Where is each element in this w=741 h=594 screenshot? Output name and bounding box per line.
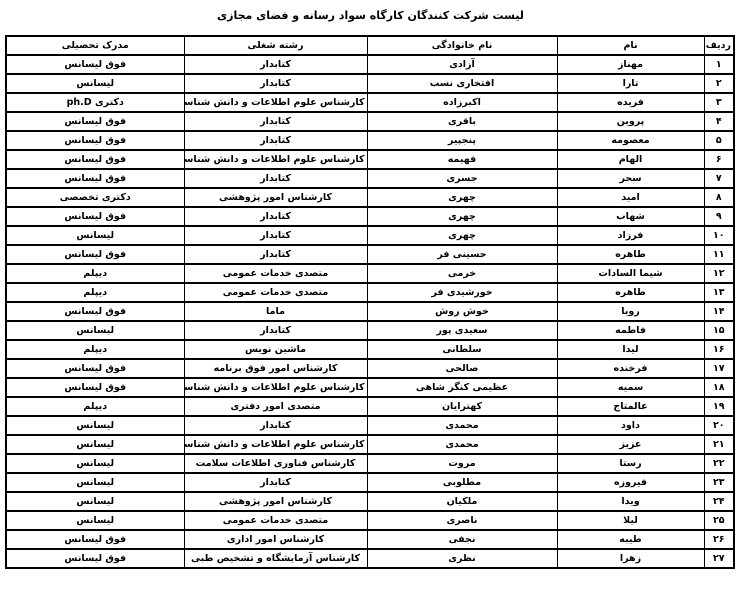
first-name-cell: عزیز — [557, 435, 704, 454]
header-job: رشته شغلی — [184, 36, 367, 55]
degree-cell: فوق لیسانس — [6, 359, 184, 378]
job-cell: کتابدار — [184, 131, 367, 150]
job-cell: کارشناس علوم اطلاعات و دانش شناسی — [184, 150, 367, 169]
first-name-cell: امید — [557, 188, 704, 207]
table-row: ۱۶لیداسلطانیماشین نویسدیپلم — [6, 340, 734, 359]
table-row: ۲۲رستامروتکارشناس فناوری اطلاعات سلامتلی… — [6, 454, 734, 473]
row-number-cell: ۵ — [704, 131, 734, 150]
first-name-cell: لیلا — [557, 511, 704, 530]
row-number-cell: ۲۶ — [704, 530, 734, 549]
last-name-cell: خرمی — [367, 264, 557, 283]
job-cell: کتابدار — [184, 226, 367, 245]
row-number-cell: ۴ — [704, 112, 734, 131]
last-name-cell: جسری — [367, 169, 557, 188]
first-name-cell: لیدا — [557, 340, 704, 359]
last-name-cell: چهری — [367, 226, 557, 245]
job-cell: کتابدار — [184, 74, 367, 93]
table-body: ۱مهنازآزادیکتابدارفوق لیسانس۲تاراافتخاری… — [6, 55, 734, 568]
job-cell: کارشناس امور فوق برنامه — [184, 359, 367, 378]
degree-cell: دیپلم — [6, 283, 184, 302]
first-name-cell: زهرا — [557, 549, 704, 568]
job-cell: کتابدار — [184, 169, 367, 188]
last-name-cell: ناصری — [367, 511, 557, 530]
table-row: ۷سحرجسریکتابدارفوق لیسانس — [6, 169, 734, 188]
row-number-cell: ۲۱ — [704, 435, 734, 454]
degree-cell: لیسانس — [6, 416, 184, 435]
last-name-cell: کهترایان — [367, 397, 557, 416]
table-row: ۲۴ویداملکیانکارشناس امور پژوهشیلیسانس — [6, 492, 734, 511]
row-number-cell: ۱۵ — [704, 321, 734, 340]
job-cell: کارشناس آزمایشگاه و تشخیص طبی — [184, 549, 367, 568]
row-number-cell: ۶ — [704, 150, 734, 169]
last-name-cell: افتخاری نسب — [367, 74, 557, 93]
degree-cell: لیسانس — [6, 454, 184, 473]
degree-cell: فوق لیسانس — [6, 112, 184, 131]
row-number-cell: ۱۸ — [704, 378, 734, 397]
job-cell: ماما — [184, 302, 367, 321]
degree-cell: فوق لیسانس — [6, 378, 184, 397]
row-number-cell: ۳ — [704, 93, 734, 112]
row-number-cell: ۲۰ — [704, 416, 734, 435]
table-row: ۱۱طاهرهحسینی فرکتابدارفوق لیسانس — [6, 245, 734, 264]
row-number-cell: ۹ — [704, 207, 734, 226]
table-row: ۱۲شیما الساداتخرمیمتصدی خدمات عمومیدیپلم — [6, 264, 734, 283]
job-cell: کارشناس امور پژوهشی — [184, 188, 367, 207]
first-name-cell: شهاب — [557, 207, 704, 226]
row-number-cell: ۱۲ — [704, 264, 734, 283]
first-name-cell: فریده — [557, 93, 704, 112]
last-name-cell: مروت — [367, 454, 557, 473]
table-row: ۱۹عالمتاجکهترایانمتصدی امور دفتریدیپلم — [6, 397, 734, 416]
first-name-cell: رویا — [557, 302, 704, 321]
last-name-cell: خورشیدی فر — [367, 283, 557, 302]
first-name-cell: الهام — [557, 150, 704, 169]
last-name-cell: فهیمه — [367, 150, 557, 169]
degree-cell: دیپلم — [6, 397, 184, 416]
last-name-cell: چهری — [367, 207, 557, 226]
first-name-cell: فرزاد — [557, 226, 704, 245]
job-cell: کارشناس علوم اطلاعات و دانش شناسی — [184, 378, 367, 397]
first-name-cell: داود — [557, 416, 704, 435]
table-row: ۱۸سمیهعظیمی کنگر شاهیکارشناس علوم اطلاعا… — [6, 378, 734, 397]
row-number-cell: ۸ — [704, 188, 734, 207]
degree-cell: فوق لیسانس — [6, 55, 184, 74]
last-name-cell: باقری — [367, 112, 557, 131]
table-row: ۸امیدچهریکارشناس امور پژوهشیدکتری تخصصی — [6, 188, 734, 207]
header-row: ردیف نام نام خانوادگی رشته شغلی مدرک تحص… — [6, 36, 734, 55]
table-row: ۱۵فاطمهسعیدی پورکتابدارلیسانس — [6, 321, 734, 340]
first-name-cell: ویدا — [557, 492, 704, 511]
job-cell: کتابدار — [184, 416, 367, 435]
degree-cell: فوق لیسانس — [6, 530, 184, 549]
degree-cell: فوق لیسانس — [6, 169, 184, 188]
table-row: ۱۷فرخندهصالحیکارشناس امور فوق برنامهفوق … — [6, 359, 734, 378]
first-name-cell: تارا — [557, 74, 704, 93]
job-cell: کارشناس علوم اطلاعات و دانش شناسی — [184, 93, 367, 112]
job-cell: متصدی امور دفتری — [184, 397, 367, 416]
last-name-cell: نظری — [367, 549, 557, 568]
table-row: ۴پروینباقریکتابدارفوق لیسانس — [6, 112, 734, 131]
row-number-cell: ۲ — [704, 74, 734, 93]
job-cell: کارشناس امور اداری — [184, 530, 367, 549]
row-number-cell: ۱۴ — [704, 302, 734, 321]
last-name-cell: آزادی — [367, 55, 557, 74]
job-cell: ماشین نویس — [184, 340, 367, 359]
first-name-cell: رستا — [557, 454, 704, 473]
row-number-cell: ۱۷ — [704, 359, 734, 378]
first-name-cell: طاهره — [557, 283, 704, 302]
degree-cell: لیسانس — [6, 74, 184, 93]
degree-cell: دکتری ph.D — [6, 93, 184, 112]
table-row: ۲۳فیروزهمطلوبیکتابدارلیسانس — [6, 473, 734, 492]
first-name-cell: مهناز — [557, 55, 704, 74]
table-row: ۱۳طاهرهخورشیدی فرمتصدی خدمات عمومیدیپلم — [6, 283, 734, 302]
job-cell: کارشناس فناوری اطلاعات سلامت — [184, 454, 367, 473]
table-row: ۱۴رویاخوش روشمامافوق لیسانس — [6, 302, 734, 321]
last-name-cell: محمدی — [367, 416, 557, 435]
first-name-cell: شیما السادات — [557, 264, 704, 283]
row-number-cell: ۲۳ — [704, 473, 734, 492]
table-row: ۱۰فرزادچهریکتابدارلیسانس — [6, 226, 734, 245]
last-name-cell: نجفی — [367, 530, 557, 549]
job-cell: کارشناس امور پژوهشی — [184, 492, 367, 511]
last-name-cell: صالحی — [367, 359, 557, 378]
job-cell: کتابدار — [184, 55, 367, 74]
first-name-cell: عالمتاج — [557, 397, 704, 416]
row-number-cell: ۱۱ — [704, 245, 734, 264]
job-cell: کتابدار — [184, 207, 367, 226]
degree-cell: فوق لیسانس — [6, 302, 184, 321]
degree-cell: لیسانس — [6, 435, 184, 454]
degree-cell: دیپلم — [6, 264, 184, 283]
degree-cell: دیپلم — [6, 340, 184, 359]
last-name-cell: اکبرزاده — [367, 93, 557, 112]
header-degree: مدرک تحصیلی — [6, 36, 184, 55]
job-cell: کتابدار — [184, 321, 367, 340]
table-row: ۵معصومهپنجپیرکتابدارفوق لیسانس — [6, 131, 734, 150]
degree-cell: فوق لیسانس — [6, 207, 184, 226]
degree-cell: لیسانس — [6, 511, 184, 530]
degree-cell: لیسانس — [6, 492, 184, 511]
table-row: ۱مهنازآزادیکتابدارفوق لیسانس — [6, 55, 734, 74]
job-cell: کتابدار — [184, 112, 367, 131]
first-name-cell: پروین — [557, 112, 704, 131]
job-cell: کارشناس علوم اطلاعات و دانش شناسی — [184, 435, 367, 454]
first-name-cell: طاهره — [557, 245, 704, 264]
first-name-cell: معصومه — [557, 131, 704, 150]
first-name-cell: فاطمه — [557, 321, 704, 340]
degree-cell: لیسانس — [6, 321, 184, 340]
degree-cell: فوق لیسانس — [6, 549, 184, 568]
row-number-cell: ۱ — [704, 55, 734, 74]
last-name-cell: سعیدی پور — [367, 321, 557, 340]
table-row: ۹شهابچهریکتابدارفوق لیسانس — [6, 207, 734, 226]
last-name-cell: خوش روش — [367, 302, 557, 321]
job-cell: کتابدار — [184, 245, 367, 264]
table-row: ۲۵لیلاناصریمتصدی خدمات عمومیلیسانس — [6, 511, 734, 530]
header-row-number: ردیف — [704, 36, 734, 55]
last-name-cell: سلطانی — [367, 340, 557, 359]
table-header: ردیف نام نام خانوادگی رشته شغلی مدرک تحص… — [6, 36, 734, 55]
row-number-cell: ۲۴ — [704, 492, 734, 511]
row-number-cell: ۲۲ — [704, 454, 734, 473]
header-last-name: نام خانوادگی — [367, 36, 557, 55]
row-number-cell: ۱۶ — [704, 340, 734, 359]
job-cell: متصدی خدمات عمومی — [184, 283, 367, 302]
first-name-cell: سحر — [557, 169, 704, 188]
last-name-cell: ملکیان — [367, 492, 557, 511]
last-name-cell: عظیمی کنگر شاهی — [367, 378, 557, 397]
last-name-cell: حسینی فر — [367, 245, 557, 264]
last-name-cell: مطلوبی — [367, 473, 557, 492]
degree-cell: لیسانس — [6, 473, 184, 492]
job-cell: کتابدار — [184, 473, 367, 492]
job-cell: متصدی خدمات عمومی — [184, 511, 367, 530]
table-row: ۲۶طیبهنجفیکارشناس امور اداریفوق لیسانس — [6, 530, 734, 549]
table-row: ۶الهامفهیمهکارشناس علوم اطلاعات و دانش ش… — [6, 150, 734, 169]
table-row: ۲۰داودمحمدیکتابدارلیسانس — [6, 416, 734, 435]
table-row: ۲۱عزیزمحمدیکارشناس علوم اطلاعات و دانش ش… — [6, 435, 734, 454]
table-row: ۲تاراافتخاری نسبکتابدارلیسانس — [6, 74, 734, 93]
row-number-cell: ۱۰ — [704, 226, 734, 245]
table-row: ۲۷زهرانظریکارشناس آزمایشگاه و تشخیص طبیف… — [6, 549, 734, 568]
row-number-cell: ۷ — [704, 169, 734, 188]
row-number-cell: ۱۳ — [704, 283, 734, 302]
degree-cell: فوق لیسانس — [6, 245, 184, 264]
degree-cell: فوق لیسانس — [6, 150, 184, 169]
degree-cell: لیسانس — [6, 226, 184, 245]
last-name-cell: محمدی — [367, 435, 557, 454]
header-first-name: نام — [557, 36, 704, 55]
first-name-cell: فیروزه — [557, 473, 704, 492]
table-row: ۳فریدهاکبرزادهکارشناس علوم اطلاعات و دان… — [6, 93, 734, 112]
last-name-cell: پنجپیر — [367, 131, 557, 150]
first-name-cell: طیبه — [557, 530, 704, 549]
first-name-cell: فرخنده — [557, 359, 704, 378]
participants-table: ردیف نام نام خانوادگی رشته شغلی مدرک تحص… — [5, 35, 735, 569]
row-number-cell: ۱۹ — [704, 397, 734, 416]
row-number-cell: ۲۷ — [704, 549, 734, 568]
job-cell: متصدی خدمات عمومی — [184, 264, 367, 283]
document-page: { "page": { "title": "لیست شرکت کنندگان … — [0, 0, 741, 594]
degree-cell: دکتری تخصصی — [6, 188, 184, 207]
degree-cell: فوق لیسانس — [6, 131, 184, 150]
page-title: لیست شرکت کنندگان کارگاه سواد رسانه و فض… — [0, 0, 741, 22]
row-number-cell: ۲۵ — [704, 511, 734, 530]
last-name-cell: چهری — [367, 188, 557, 207]
first-name-cell: سمیه — [557, 378, 704, 397]
